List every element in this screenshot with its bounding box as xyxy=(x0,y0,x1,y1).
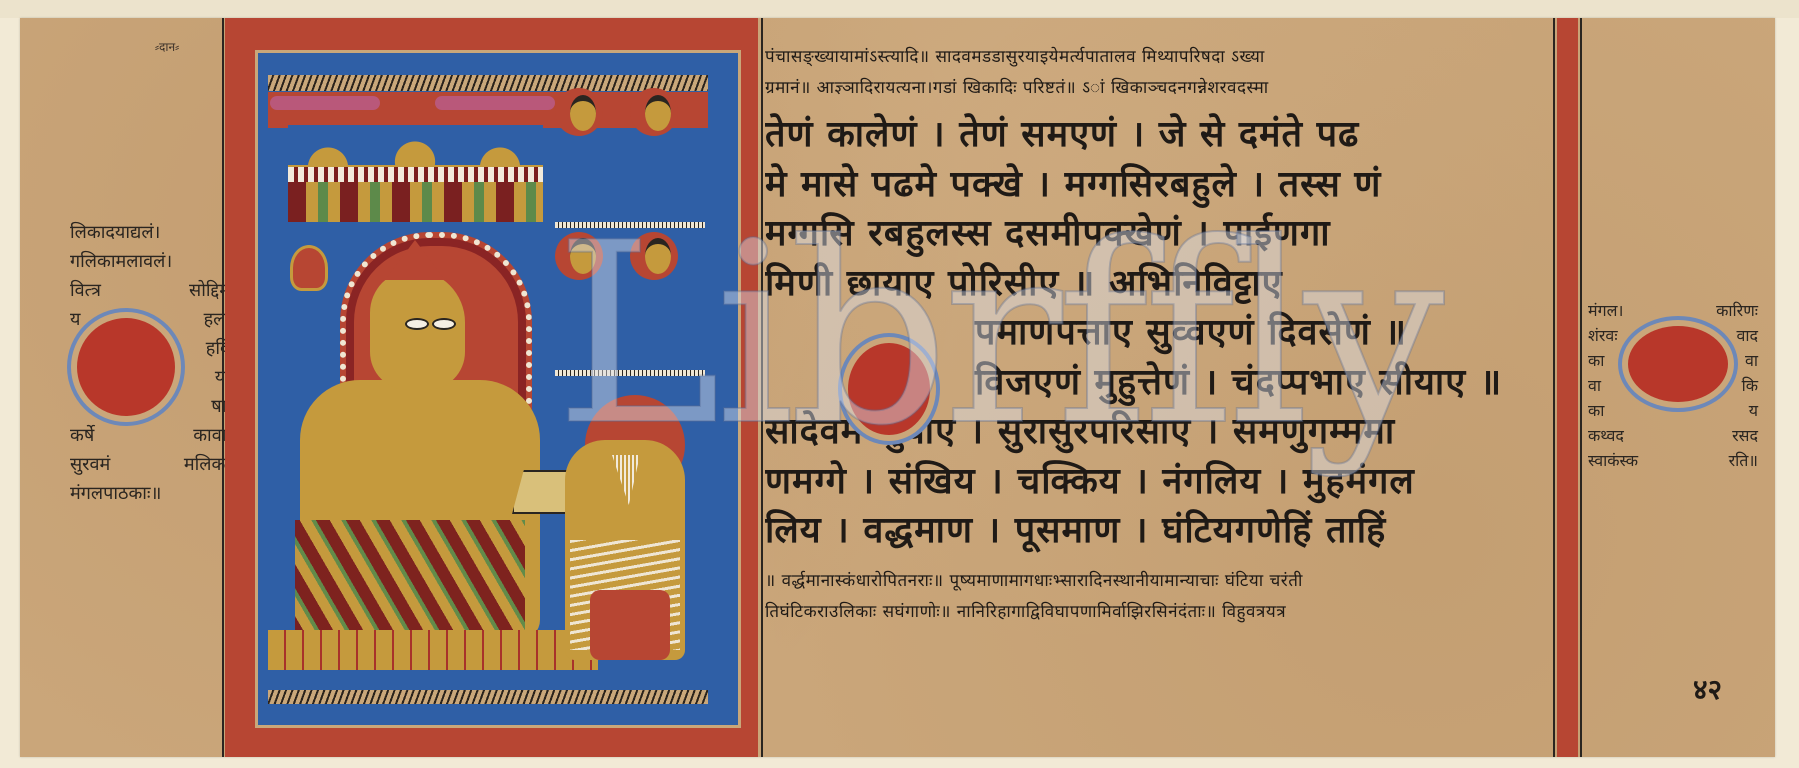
attendant-figure xyxy=(635,265,677,365)
commentary-line: तिघंटिकराउलिकाः सघंगाणोः॥ नानिरिहागाद्वि… xyxy=(765,597,1557,628)
throne-band xyxy=(288,165,543,183)
drape xyxy=(270,96,380,110)
text-line: तेणं कालेणं । तेणं समएणं । जे से दमंते प… xyxy=(765,110,1557,160)
canopy-border xyxy=(268,75,708,91)
attendant-figure xyxy=(560,122,602,222)
margin-line: स्वाकंस्करति॥ xyxy=(1588,448,1758,473)
commentary-line: ॥ वर्द्धमानास्कंधारोपितनराः॥ पूष्यमाणामा… xyxy=(765,566,1557,597)
center-red-dot xyxy=(848,343,930,435)
left-rule xyxy=(222,18,224,757)
text-line: लिय । वद्धमाण । पूसमाण । घंटियगणेहिं ताह… xyxy=(765,506,1557,556)
margin-line: कथ्वदरसद xyxy=(1588,423,1758,448)
commentary-line: पंचासङ्‍ख्यायामांऽस्त्यादि॥ सादवमडडासुरय… xyxy=(765,42,1557,73)
text-left-rule xyxy=(761,18,763,757)
main-text: पंचासङ्‍ख्यायामांऽस्त्यादि॥ सादवमडडासुरय… xyxy=(765,42,1557,628)
margin-line: कर्षेकावाः xyxy=(70,421,230,450)
text-line: मग्गसि रबहुलस्स दसमीपक्खेणं । पाईणगा xyxy=(765,209,1557,259)
king-garment xyxy=(295,520,525,640)
margin-line: मंगल।कारिणः xyxy=(1588,298,1758,323)
left-margin-red-dot xyxy=(77,318,175,416)
flower-bud xyxy=(290,245,328,291)
right-margin-red-dot xyxy=(1628,326,1728,402)
right-red-border xyxy=(1557,18,1578,757)
king-eye xyxy=(405,318,429,330)
king-eye xyxy=(432,318,456,330)
sage-red-cloth xyxy=(590,590,670,660)
text-line: णमग्गे । संखिय । चक्किय । नंगलिय । मुहमं… xyxy=(765,457,1557,507)
text-line: मे मासे पढमे पक्खे । मग्गसिरबहुले । तस्स… xyxy=(765,160,1557,210)
right-rule xyxy=(1580,18,1582,757)
folio-number: ४२ xyxy=(1693,670,1722,708)
margin-line: मंगलपाठकाः॥ xyxy=(70,479,230,508)
margin-line: सुरवमंमलिकां xyxy=(70,450,230,479)
bottom-border xyxy=(268,690,708,704)
margin-line: लिकादयाद्यलं। xyxy=(70,218,230,247)
drape xyxy=(435,96,555,110)
register-divider xyxy=(555,222,705,228)
throne-platform xyxy=(268,630,598,670)
margin-caption: ⸗दान⸗ xyxy=(155,38,179,55)
margin-line: गलिकामलावलं। xyxy=(70,247,230,276)
margin-line: वित्त्रसोद्दिम xyxy=(70,276,230,305)
text-right-rule xyxy=(1553,18,1555,757)
attendant-figure xyxy=(635,122,677,222)
throne-fringe xyxy=(288,182,543,222)
register-divider xyxy=(555,370,705,376)
king-head xyxy=(370,270,465,390)
commentary-line: ग्रमानं॥ आज्ञ्ञादिरायत्यना।गडां खिकादिः … xyxy=(765,73,1557,104)
text-line: मिणी छायाए पोरिसीए ॥ अभिनिविट्टाए xyxy=(765,259,1557,309)
mount-top-strip xyxy=(0,0,1799,18)
attendant-figure xyxy=(560,265,602,365)
